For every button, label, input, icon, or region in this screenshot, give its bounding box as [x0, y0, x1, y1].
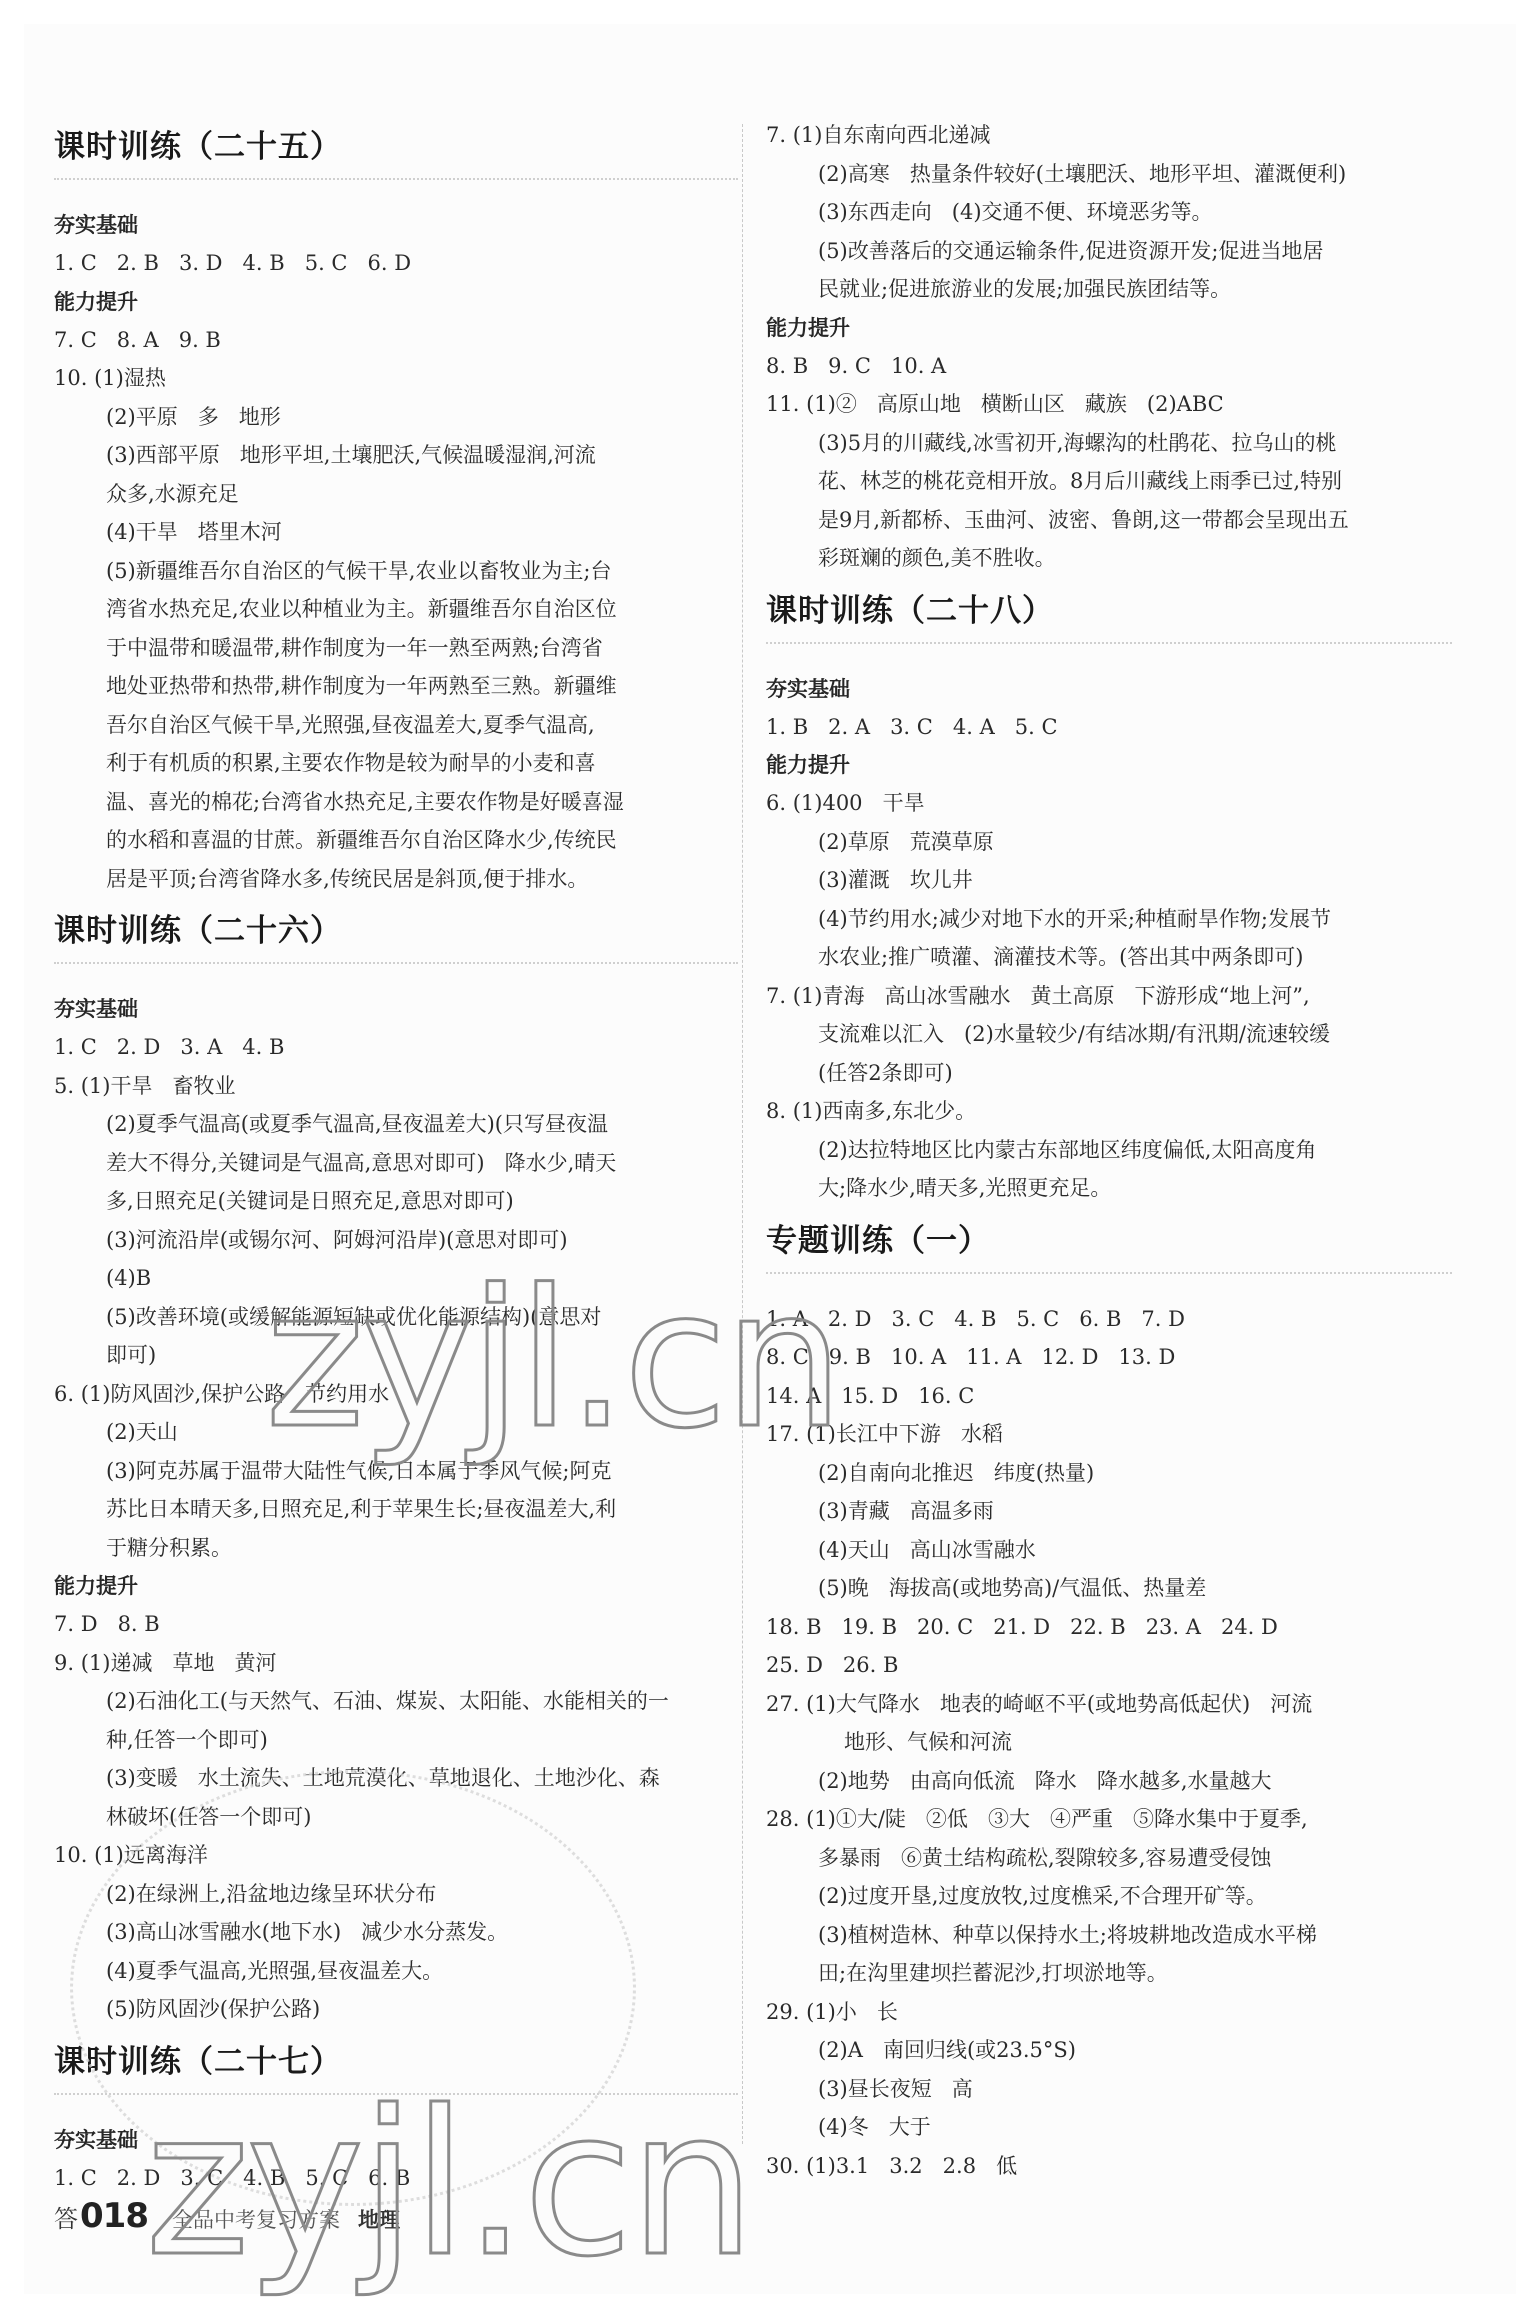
answer-line: 温、喜光的棉花;台湾省水热充足,主要农作物是好暖喜湿: [54, 783, 738, 822]
answer-line: 29. (1)小 长: [766, 1993, 1452, 2032]
section-divider: [54, 2093, 738, 2095]
answer-line: (3)青藏 高温多雨: [766, 1492, 1452, 1531]
page-number: 018: [80, 2196, 148, 2236]
answer-line: 差大不得分,关键词是气温高,意思对即可) 降水少,晴天: [54, 1144, 738, 1183]
answer-line: (2)天山: [54, 1413, 738, 1452]
answer-line: 6. (1)防风固沙,保护公路 节约用水: [54, 1375, 738, 1414]
section-divider: [54, 178, 738, 180]
section-lesson-26: 课时训练（二十六） 夯实基础 1. C 2. D 3. A 4. B 5. (1…: [54, 908, 738, 2029]
answer-line: (3)昼长夜短 高: [766, 2070, 1452, 2109]
section-topic-1: 专题训练（一） 1. A 2. D 3. C 4. B 5. C 6. B 7.…: [766, 1218, 1452, 2186]
answer-line: 民就业;促进旅游业的发展;加强民族团结等。: [766, 270, 1452, 309]
book-title: 全品中考复习方案: [172, 2204, 340, 2234]
answer-line: (5)晚 海拔高(或地势高)/气温低、热量差: [766, 1569, 1452, 1608]
answer-line: (3)河流沿岸(或锡尔河、阿姆河沿岸)(意思对即可): [54, 1221, 738, 1260]
answer-line: 18. B 19. B 20. C 21. D 22. B 23. A 24. …: [766, 1608, 1452, 1647]
section-lesson-28: 课时训练（二十八） 夯实基础 1. B 2. A 3. C 4. A 5. C …: [766, 588, 1452, 1208]
answer-line: 大;降水少,晴天多,光照更充足。: [766, 1169, 1452, 1208]
answer-line: 1. C 2. D 3. C 4. B 5. C 6. B: [54, 2159, 738, 2198]
answer-line: (5)新疆维吾尔自治区的气候干旱,农业以畜牧业为主;台: [54, 552, 738, 591]
answer-line: 地形、气候和河流: [766, 1723, 1452, 1762]
answer-line: 种,任答一个即可): [54, 1721, 738, 1760]
answer-line: 苏比日本晴天多,日照充足,利于苹果生长;昼夜温差大,利: [54, 1490, 738, 1529]
answer-line: 林破坏(任答一个即可): [54, 1798, 738, 1837]
answer-line: (2)高寒 热量条件较好(土壤肥沃、地形平坦、灌溉便利): [766, 155, 1452, 194]
answer-line: 7. C 8. A 9. B: [54, 321, 738, 360]
answer-line: 27. (1)大气降水 地表的崎岖不平(或地势高低起伏) 河流: [766, 1685, 1452, 1724]
answer-line: (3)5月的川藏线,冰雪初开,海螺沟的杜鹃花、拉乌山的桃: [766, 424, 1452, 463]
answer-line: (任答2条即可): [766, 1054, 1452, 1093]
answer-line: (2)自南向北推迟 纬度(热量): [766, 1454, 1452, 1493]
answer-line: 田;在沟里建坝拦蓄泥沙,打坝淤地等。: [766, 1954, 1452, 1993]
answer-line: 地处亚热带和热带,耕作制度为一年两熟至三熟。新疆维: [54, 667, 738, 706]
answer-line: 众多,水源充足: [54, 475, 738, 514]
subheading-basic: 夯实基础: [54, 990, 738, 1028]
answer-line: (5)改善落后的交通运输条件,促进资源开发;促进当地居: [766, 232, 1452, 271]
answer-line: 1. C 2. B 3. D 4. B 5. C 6. D: [54, 244, 738, 283]
answer-line: (3)高山冰雪融水(地下水) 减少水分蒸发。: [54, 1913, 738, 1952]
answer-line: (2)夏季气温高(或夏季气温高,昼夜温差大)(只写昼夜温: [54, 1105, 738, 1144]
answer-line: (2)达拉特地区比内蒙古东部地区纬度偏低,太阳高度角: [766, 1131, 1452, 1170]
answer-line: (3)阿克苏属于温带大陆性气候,日本属于季风气候;阿克: [54, 1452, 738, 1491]
subject-label: 地理: [358, 2204, 400, 2234]
section-divider: [766, 1272, 1452, 1274]
answer-line: 居是平顶;台湾省降水多,传统民居是斜顶,便于排水。: [54, 860, 738, 899]
answer-line: 17. (1)长江中下游 水稻: [766, 1415, 1452, 1454]
section-title: 课时训练（二十六）: [54, 908, 738, 954]
column-divider: [742, 124, 743, 2144]
subheading-basic: 夯实基础: [54, 206, 738, 244]
answer-line: (3)东西走向 (4)交通不便、环境恶劣等。: [766, 193, 1452, 232]
answer-line: (3)植树造林、种草以保持水土;将坡耕地改造成水平梯: [766, 1916, 1452, 1955]
answer-prefix: 答: [54, 2199, 78, 2234]
answer-line: 7. D 8. B: [54, 1605, 738, 1644]
answer-line: 是9月,新都桥、玉曲河、波密、鲁朗,这一带都会呈现出五: [766, 501, 1452, 540]
subheading-improve: 能力提升: [766, 309, 1452, 347]
answer-line: (2)草原 荒漠草原: [766, 823, 1452, 862]
answer-line: 14. A 15. D 16. C: [766, 1377, 1452, 1416]
answer-line: 利于有机质的积累,主要农作物是较为耐旱的小麦和喜: [54, 744, 738, 783]
answer-line: 10. (1)远离海洋: [54, 1836, 738, 1875]
answer-line: 多,日照充足(关键词是日照充足,意思对即可): [54, 1182, 738, 1221]
answer-line: 5. (1)干旱 畜牧业: [54, 1067, 738, 1106]
section-title: 专题训练（一）: [766, 1218, 1452, 1264]
answer-line: 1. B 2. A 3. C 4. A 5. C: [766, 708, 1452, 747]
answer-line: 多暴雨 ⑥黄土结构疏松,裂隙较多,容易遭受侵蚀: [766, 1839, 1452, 1878]
answer-line: (5)防风固沙(保护公路): [54, 1990, 738, 2029]
answer-line: (4)节约用水;减少对地下水的开采;种植耐旱作物;发展节: [766, 900, 1452, 939]
answer-line: (2)过度开垦,过度放牧,过度樵采,不合理开矿等。: [766, 1877, 1452, 1916]
answer-line: 支流难以汇入 (2)水量较少/有结冰期/有汛期/流速较缓: [766, 1015, 1452, 1054]
answer-line: 25. D 26. B: [766, 1646, 1452, 1685]
answer-line: 1. C 2. D 3. A 4. B: [54, 1028, 738, 1067]
answer-line: 1. A 2. D 3. C 4. B 5. C 6. B 7. D: [766, 1300, 1452, 1339]
answer-line: 8. (1)西南多,东北少。: [766, 1092, 1452, 1131]
answer-line: (3)西部平原 地形平坦,土壤肥沃,气候温暖湿润,河流: [54, 436, 738, 475]
answer-line: 于糖分积累。: [54, 1529, 738, 1568]
right-column: 7. (1)自东南向西北递减 (2)高寒 热量条件较好(土壤肥沃、地形平坦、灌溉…: [766, 116, 1452, 2185]
answer-line: 7. (1)自东南向西北递减: [766, 116, 1452, 155]
section-divider: [766, 642, 1452, 644]
answer-line: 8. B 9. C 10. A: [766, 347, 1452, 386]
answer-line: (2)A 南回归线(或23.5°S): [766, 2031, 1452, 2070]
answer-line: (2)石油化工(与天然气、石油、煤炭、太阳能、水能相关的一: [54, 1682, 738, 1721]
subheading-improve: 能力提升: [54, 283, 738, 321]
answer-line: 即可): [54, 1336, 738, 1375]
subheading-improve: 能力提升: [54, 1567, 738, 1605]
section-title: 课时训练（二十五）: [54, 124, 738, 170]
subheading-improve: 能力提升: [766, 746, 1452, 784]
page-footer: 答 018 全品中考复习方案 地理: [54, 2196, 400, 2240]
subheading-basic: 夯实基础: [766, 670, 1452, 708]
answer-line: (2)地势 由高向低流 降水 降水越多,水量越大: [766, 1762, 1452, 1801]
answer-line: (2)在绿洲上,沿盆地边缘呈环状分布: [54, 1875, 738, 1914]
answer-line: 9. (1)递减 草地 黄河: [54, 1644, 738, 1683]
answer-line: (3)灌溉 坎儿井: [766, 861, 1452, 900]
section-lesson-27: 课时训练（二十七） 夯实基础 1. C 2. D 3. C 4. B 5. C …: [54, 2039, 738, 2198]
answer-line: (4)干旱 塔里木河: [54, 513, 738, 552]
section-title: 课时训练（二十七）: [54, 2039, 738, 2085]
answer-line: 11. (1)② 高原山地 横断山区 藏族 (2)ABC: [766, 385, 1452, 424]
answer-line: 30. (1)3.1 3.2 2.8 低: [766, 2147, 1452, 2186]
section-lesson-25: 课时训练（二十五） 夯实基础 1. C 2. B 3. D 4. B 5. C …: [54, 124, 738, 898]
answer-line: 吾尔自治区气候干旱,光照强,昼夜温差大,夏季气温高,: [54, 706, 738, 745]
answer-line: (4)冬 大于: [766, 2108, 1452, 2147]
answer-line: (5)改善环境(或缓解能源短缺或优化能源结构)(意思对: [54, 1298, 738, 1337]
answer-line: 7. (1)青海 高山冰雪融水 黄土高原 下游形成“地上河”,: [766, 977, 1452, 1016]
answer-line: 的水稻和喜温的甘蔗。新疆维吾尔自治区降水少,传统民: [54, 821, 738, 860]
answer-line: 于中温带和暖温带,耕作制度为一年一熟至两熟;台湾省: [54, 629, 738, 668]
section-lesson-27-continued: 7. (1)自东南向西北递减 (2)高寒 热量条件较好(土壤肥沃、地形平坦、灌溉…: [766, 116, 1452, 578]
answer-line: (3)变暖 水土流失、土地荒漠化、草地退化、土地沙化、森: [54, 1759, 738, 1798]
answer-line: 28. (1)①大/陡 ②低 ③大 ④严重 ⑤降水集中于夏季,: [766, 1800, 1452, 1839]
answer-line: 10. (1)湿热: [54, 359, 738, 398]
answer-line: (4)天山 高山冰雪融水: [766, 1531, 1452, 1570]
answer-line: (4)B: [54, 1259, 738, 1298]
answer-line: 湾省水热充足,农业以种植业为主。新疆维吾尔自治区位: [54, 590, 738, 629]
answer-line: 水农业;推广喷灌、滴灌技术等。(答出其中两条即可): [766, 938, 1452, 977]
section-divider: [54, 962, 738, 964]
answer-line: 6. (1)400 干旱: [766, 784, 1452, 823]
answer-line: (4)夏季气温高,光照强,昼夜温差大。: [54, 1952, 738, 1991]
section-title: 课时训练（二十八）: [766, 588, 1452, 634]
answer-line: 花、林芝的桃花竞相开放。8月后川藏线上雨季已过,特别: [766, 462, 1452, 501]
answer-line: 8. C 9. B 10. A 11. A 12. D 13. D: [766, 1338, 1452, 1377]
answer-line: (2)平原 多 地形: [54, 398, 738, 437]
left-column: 课时训练（二十五） 夯实基础 1. C 2. B 3. D 4. B 5. C …: [54, 124, 738, 2197]
subheading-basic: 夯实基础: [54, 2121, 738, 2159]
answer-line: 彩斑斓的颜色,美不胜收。: [766, 539, 1452, 578]
